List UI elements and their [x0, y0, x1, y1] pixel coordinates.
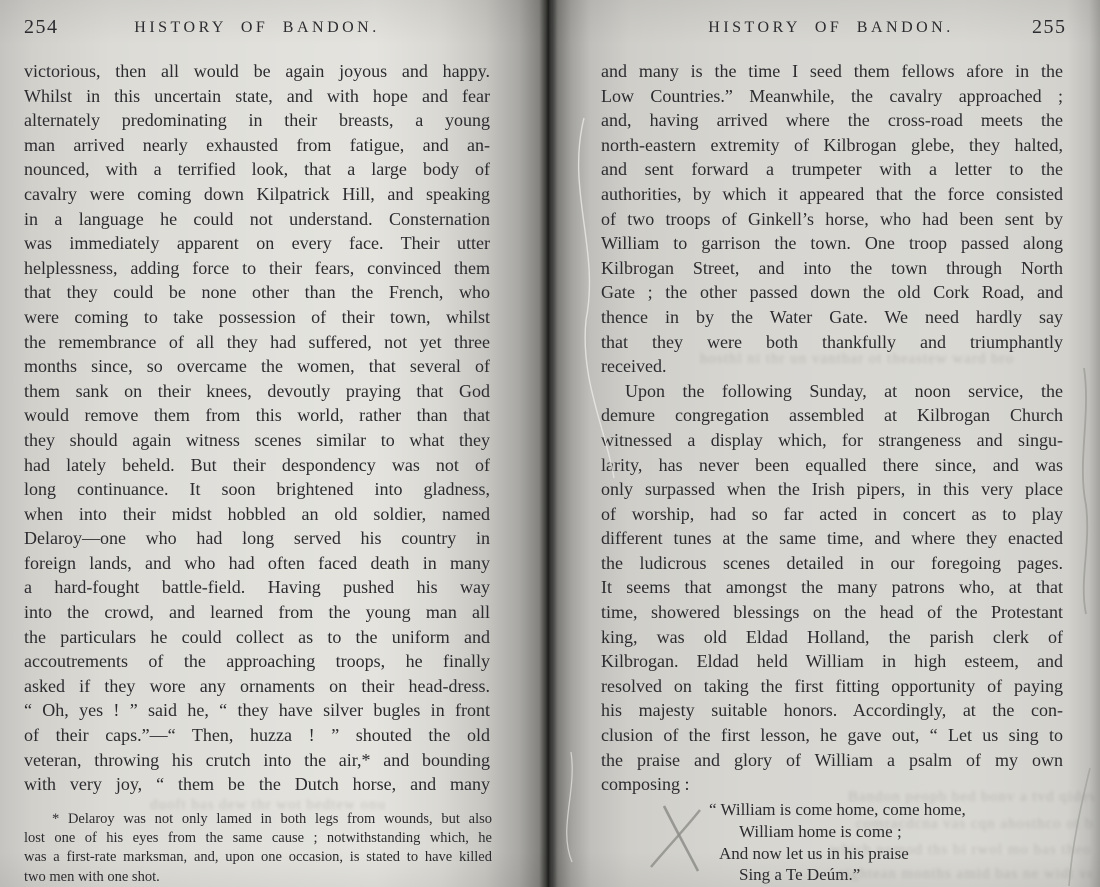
text-line: was a first-rate marksman, and, upon one… — [24, 848, 492, 867]
text-line: into the crowd, and learned from the you… — [24, 600, 490, 625]
text-line: alternately predominating in their breas… — [24, 108, 490, 133]
text-line: resolved on taking the first fitting opp… — [601, 674, 1063, 699]
text-line: Delaroy—one who had long served his coun… — [24, 526, 490, 551]
text-line: clusion of the first lesson, he gave out… — [601, 723, 1063, 748]
text-line: witnessed a display which, for strangene… — [601, 428, 1063, 453]
text-line: would remove them from this world, rathe… — [24, 403, 490, 428]
bleedthrough-text: comracdcna vas cqn ahosthco ot ba he — [856, 816, 1094, 833]
text-line: when into their midst hobbled an old sol… — [24, 502, 490, 527]
text-line: and many is the time I seed them fellows… — [601, 59, 1063, 84]
text-line: north-eastern extremity of Kilbrogan gle… — [601, 133, 1063, 158]
book-gutter-shadow — [539, 0, 557, 887]
text-line: victorious, then all would be again joyo… — [24, 59, 490, 84]
text-line: long continuance. It soon brightened int… — [24, 477, 490, 502]
text-line: that they could be none other than the F… — [24, 280, 490, 305]
bleedthrough-text: hosthl ni thr un vantbar ot theastew war… — [700, 351, 1058, 368]
body-text-left: victorious, then all would be again joyo… — [24, 59, 490, 797]
text-line: the ludicrous scenes detailed in our for… — [601, 551, 1063, 576]
text-line: helplessness, adding force to their fear… — [24, 256, 490, 281]
text-line: Gate ; the other passed down the old Cor… — [601, 280, 1063, 305]
text-line: man arrived nearly exhausted from fatigu… — [24, 133, 490, 158]
page-number-right: 255 — [1032, 16, 1067, 39]
text-line: Whilst in this uncertain state, and with… — [24, 84, 490, 109]
text-line: of worship, had so far acted in concert … — [601, 502, 1063, 527]
text-line: and sent forward a trumpeter with a lett… — [601, 157, 1063, 182]
text-line: they should again witness scenes similar… — [24, 428, 490, 453]
text-line: thence in by the Water Gate. We need har… — [601, 305, 1063, 330]
text-line: “ Oh, yes ! ” said he, “ they have silve… — [24, 698, 490, 723]
text-line: different tunes at the same time, and wh… — [601, 526, 1063, 551]
text-line: king, was old Eldad Holland, the parish … — [601, 625, 1063, 650]
bleedthrough-text: duoft bas dew thr wot bedtew onu — [150, 797, 480, 814]
text-line: Kilbrogan Street, and into the town thro… — [601, 256, 1063, 281]
text-line: of two troops of Ginkell’s horse, who ha… — [601, 207, 1063, 232]
body-text-right: and many is the time I seed them fellows… — [601, 59, 1063, 797]
text-line: the particulars he could collect as to t… — [24, 625, 490, 650]
bleedthrough-text: eightean months amid bas ne widt velsam — [838, 866, 1092, 883]
text-line: nounced, with a terrified look, that a l… — [24, 157, 490, 182]
text-line: were coming to take possession of their … — [24, 305, 490, 330]
text-line: Kilbrogan. Eldad held William in high es… — [601, 649, 1063, 674]
text-line: was immediately apparent on every face. … — [24, 231, 490, 256]
text-line: Upon the following Sunday, at noon servi… — [601, 379, 1063, 404]
text-line: them sank on their knees, devoutly prayi… — [24, 379, 490, 404]
footnote-left: * Delaroy was not only lamed in both leg… — [24, 810, 492, 887]
text-line: authorities, by which it appeared that t… — [601, 182, 1063, 207]
text-line: two men with one shot. — [24, 868, 492, 887]
text-line: in a language he could not understand. C… — [24, 207, 490, 232]
text-line: lost one of his eyes from the same cause… — [24, 829, 492, 848]
text-line: foreign lands, and who had often faced d… — [24, 551, 490, 576]
text-line: William to garrison the town. One troop … — [601, 231, 1063, 256]
text-line: had lately beheld. But their despondency… — [24, 453, 490, 478]
text-line: veteran, throwing his crutch into the ai… — [24, 748, 490, 773]
bleedthrough-text: which pomod ths bi rwol mo bas theo ndt — [830, 842, 1092, 859]
text-line: larity, has never been equalled there si… — [601, 453, 1063, 478]
text-line: accoutrements of the approaching troops,… — [24, 649, 490, 674]
text-line: and, having arrived where the cross-road… — [601, 108, 1063, 133]
text-line: the remembrance of all they had suffered… — [24, 330, 490, 355]
text-line: demure congregation assembled at Kilbrog… — [601, 403, 1063, 428]
text-line: It seems that amongst the many patrons w… — [601, 575, 1063, 600]
bleedthrough-text: Bandon peopb bed bonv a tvd qidev bas — [848, 789, 1094, 806]
text-line: months since, so overcame the women, tha… — [24, 354, 490, 379]
text-line: of their caps.”—“ Then, huzza ! ” shoute… — [24, 723, 490, 748]
book-spread: 254 HISTORY OF BANDON. HISTORY OF BANDON… — [0, 0, 1100, 887]
running-header-right: HISTORY OF BANDON. — [600, 19, 1062, 37]
text-line: a hard-fought battle-field. Having pushe… — [24, 575, 490, 600]
text-line: time, showered blessings on the head of … — [601, 600, 1063, 625]
running-header-left: HISTORY OF BANDON. — [24, 19, 490, 37]
text-line: only surpassed when the Irish pipers, in… — [601, 477, 1063, 502]
text-line: Low Countries.” Meanwhile, the cavalry a… — [601, 84, 1063, 109]
text-line: cavalry were coming down Kilpatrick Hill… — [24, 182, 490, 207]
text-line: asked if they wore any ornaments on thei… — [24, 674, 490, 699]
text-line: the praise and glory of William a psalm … — [601, 748, 1063, 773]
text-line: his majesty suitable honors. Accordingly… — [601, 698, 1063, 723]
text-line: with very joy, “ them be the Dutch horse… — [24, 772, 490, 797]
